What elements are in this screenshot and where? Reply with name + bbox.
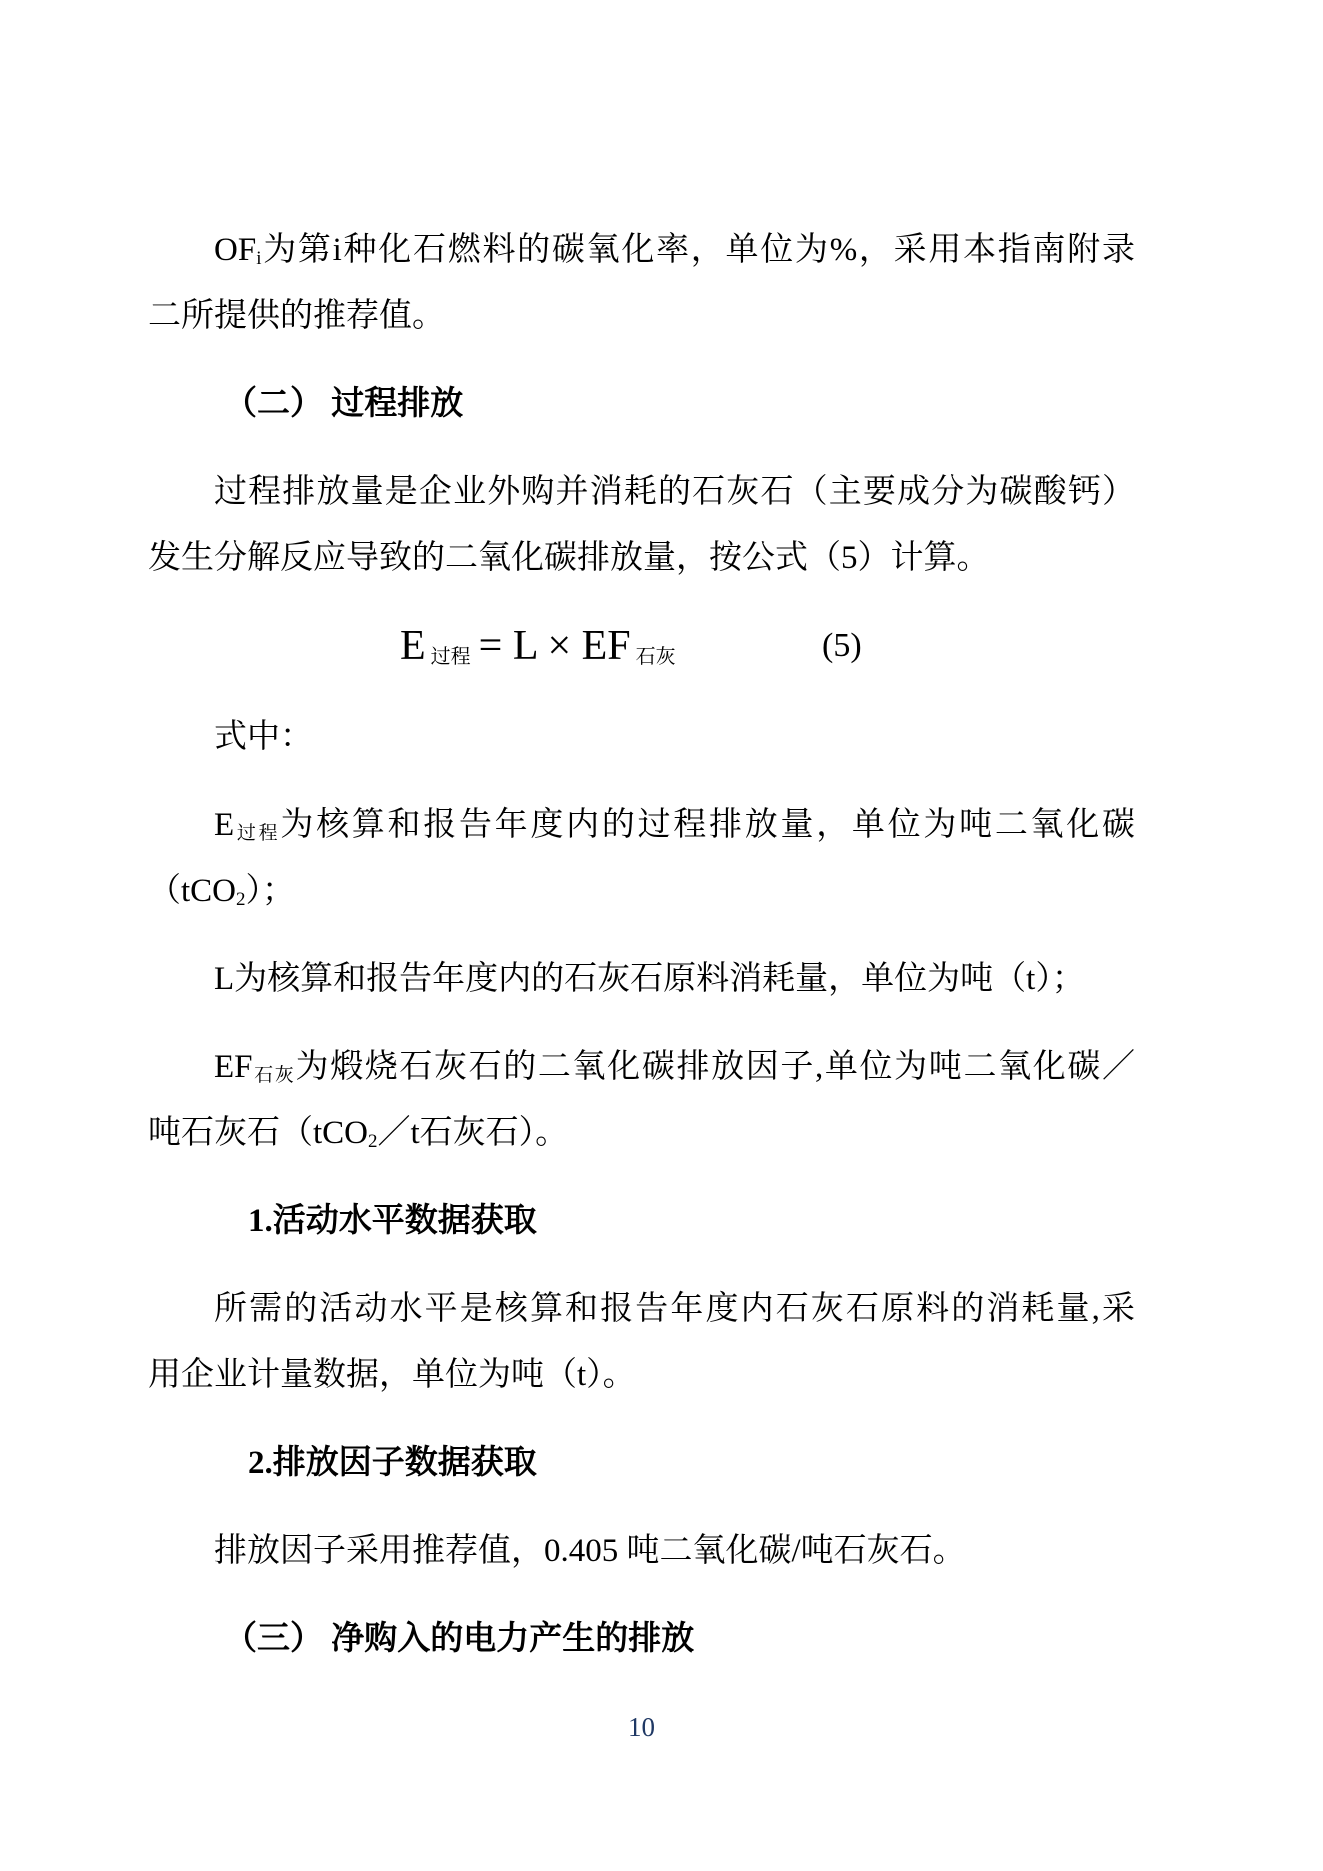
text-line: （tCO2）； <box>148 858 1135 924</box>
text-segment: OF <box>214 232 256 268</box>
text-segment: （tCO <box>148 873 236 909</box>
paragraph-ef-definition: EF石灰为煅烧石灰石的二氧化碳排放因子,单位为吨二氧化碳／ 吨石灰石（tCO2／… <box>148 1034 1135 1166</box>
document-body: OFi为第i种化石燃料的碳氧化率，单位为%，采用本指南附录 二所提供的推荐值。 … <box>148 217 1135 1694</box>
paragraph-emission-factor-value: 排放因子采用推荐值，0.405 吨二氧化碳/吨石灰石。 <box>148 1518 1135 1584</box>
paragraph-l-definition: L为核算和报告年度内的石灰石原料消耗量，单位为吨（t）； <box>148 946 1135 1012</box>
heading-emission-factor-data: 2.排放因子数据获取 <box>148 1430 1135 1496</box>
text-line: 二所提供的推荐值。 <box>148 283 1135 349</box>
text-line: 吨石灰石（tCO2／t石灰石）。 <box>148 1100 1135 1166</box>
formula-lhs-subscript: 过程 <box>431 646 471 668</box>
heading-process-emissions: （二） 过程排放 <box>148 371 1135 437</box>
paragraph-activity-data: 所需的活动水平是核算和报告年度内石灰石原料的消耗量,采 用企业计量数据，单位为吨… <box>148 1276 1135 1408</box>
text-segment: 为第i种化石燃料的碳氧化率，单位为%，采用本指南附录 <box>261 232 1135 268</box>
text-line: 过程排放量是企业外购并消耗的石灰石（主要成分为碳酸钙） <box>148 459 1135 525</box>
text-line: EF石灰为煅烧石灰石的二氧化碳排放因子,单位为吨二氧化碳／ <box>148 1034 1135 1100</box>
equation-number: (5) <box>822 613 862 679</box>
text-segment: EF <box>214 1049 253 1085</box>
formula-expression: E过程= L × EF石灰 <box>400 623 676 669</box>
heading-purchased-electricity: （三） 净购入的电力产生的排放 <box>148 1606 1135 1672</box>
text-line: 用企业计量数据，单位为吨（t）。 <box>148 1342 1135 1408</box>
paragraph-e-process-definition: E过程为核算和报告年度内的过程排放量，单位为吨二氧化碳 （tCO2）； <box>148 792 1135 924</box>
text-segment: 为核算和报告年度内的过程排放量，单位为吨二氧化碳 <box>280 807 1135 843</box>
subscript: 2 <box>368 1131 378 1152</box>
text-segment: 吨石灰石（tCO <box>148 1115 368 1151</box>
text-line: OFi为第i种化石燃料的碳氧化率，单位为%，采用本指南附录 <box>148 217 1135 283</box>
page-number: 10 <box>148 1712 1135 1743</box>
text-segment: ）； <box>246 873 296 909</box>
text-line: 发生分解反应导致的二氧化碳排放量，按公式（5）计算。 <box>148 525 1135 591</box>
subscript: 2 <box>236 889 246 910</box>
text-segment: 为煅烧石灰石的二氧化碳排放因子,单位为吨二氧化碳／ <box>295 1049 1135 1085</box>
subscript: 过程 <box>234 823 280 844</box>
formula-5: E过程= L × EF石灰 (5) <box>148 613 1135 682</box>
formula-lhs: E <box>400 623 426 669</box>
paragraph-process-definition: 过程排放量是企业外购并消耗的石灰石（主要成分为碳酸钙） 发生分解反应导致的二氧化… <box>148 459 1135 591</box>
text-line: 所需的活动水平是核算和报告年度内石灰石原料的消耗量,采 <box>148 1276 1135 1342</box>
text-segment: E <box>214 807 234 843</box>
formula-operator-part: = L × EF <box>479 623 631 669</box>
heading-activity-data: 1.活动水平数据获取 <box>148 1188 1135 1254</box>
formula-rhs-subscript: 石灰 <box>636 646 676 668</box>
text-segment: ／t石灰石）。 <box>378 1115 569 1151</box>
subscript: 石灰 <box>253 1065 296 1086</box>
paragraph-oxidation-factor: OFi为第i种化石燃料的碳氧化率，单位为%，采用本指南附录 二所提供的推荐值。 <box>148 217 1135 349</box>
text-line: E过程为核算和报告年度内的过程排放量，单位为吨二氧化碳 <box>148 792 1135 858</box>
document-page: OFi为第i种化石燃料的碳氧化率，单位为%，采用本指南附录 二所提供的推荐值。 … <box>0 0 1323 1871</box>
paragraph-where: 式中： <box>148 704 1135 770</box>
